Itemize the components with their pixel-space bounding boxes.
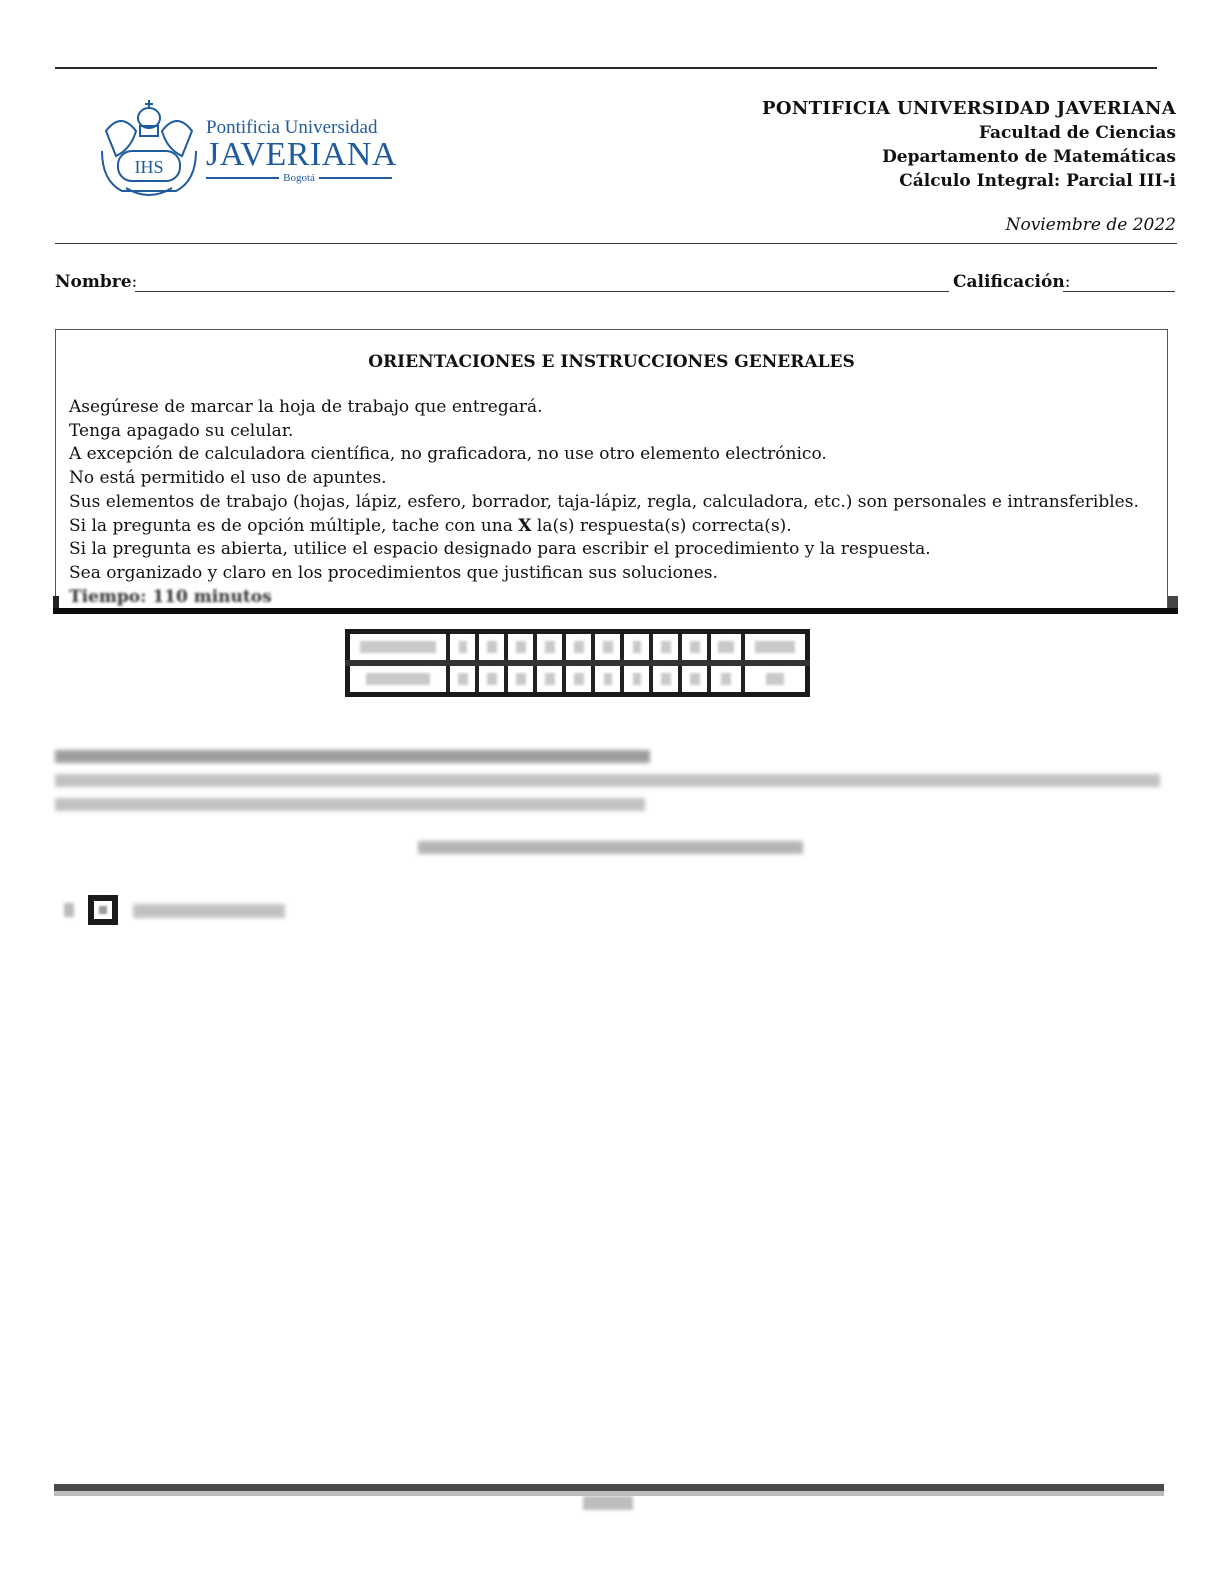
grade-field[interactable] — [1063, 291, 1175, 292]
instruction-item: Sus elementos de trabajo (hojas, lápiz, … — [69, 491, 1139, 515]
table-row — [348, 632, 808, 664]
name-field[interactable] — [135, 291, 949, 292]
instruction-item: Asegúrese de marcar la hoja de trabajo q… — [69, 396, 1139, 420]
table-cell — [564, 663, 593, 695]
table-cell — [448, 663, 477, 695]
footer-rule — [54, 1484, 1164, 1496]
table-row — [348, 663, 808, 695]
table-cell — [593, 663, 622, 695]
logo-line-3: Bogotá — [206, 172, 392, 184]
table-cell — [622, 632, 651, 664]
course-title: Cálculo Integral: Parcial III-i — [762, 169, 1176, 193]
table-cell — [477, 632, 506, 664]
instructions-box: ORIENTACIONES E INSTRUCCIONES GENERALES … — [55, 329, 1168, 609]
table-cell — [348, 632, 449, 664]
logo-rule-left — [206, 177, 279, 179]
question-context-text — [55, 798, 645, 811]
logo-line-2: JAVERIANA — [206, 138, 397, 172]
table-cell — [506, 632, 535, 664]
logo-line-1: Pontificia Universidad — [206, 118, 397, 138]
student-fields: Nombre: Calificación: — [55, 272, 1175, 296]
question-1-text — [133, 904, 285, 918]
svg-text:IHS: IHS — [134, 157, 163, 177]
instruction-item: Tenga apagado su celular. — [69, 420, 1139, 444]
department-name: Departamento de Matemáticas — [762, 145, 1176, 169]
crest-icon: IHS — [96, 96, 202, 200]
question-context-text — [55, 774, 1160, 787]
exam-date: Noviembre de 2022 — [1006, 215, 1176, 235]
logo-wordmark: Pontificia Universidad JAVERIANA Bogotá — [206, 118, 397, 184]
instruction-item: No está permitido el uso de apuntes. — [69, 467, 1139, 491]
institution-block: PONTIFICIA UNIVERSIDAD JAVERIANA Faculta… — [762, 97, 1176, 193]
table-cell — [709, 632, 743, 664]
table-cell — [743, 632, 808, 664]
header-rule — [55, 243, 1177, 244]
logo-city: Bogotá — [283, 172, 315, 184]
table-cell — [709, 663, 743, 695]
university-name: PONTIFICIA UNIVERSIDAD JAVERIANA — [762, 97, 1176, 121]
table-cell — [651, 663, 680, 695]
table-cell — [680, 632, 709, 664]
table-cell — [448, 632, 477, 664]
equation — [418, 841, 803, 854]
table-cell — [564, 632, 593, 664]
time-limit: Tiempo: 110 minutos — [69, 586, 1139, 609]
faculty-name: Facultad de Ciencias — [762, 121, 1176, 145]
instruction-item: Sea organizado y claro en los procedimie… — [69, 562, 1139, 586]
instruction-item: A excepción de calculadora científica, n… — [69, 443, 1139, 467]
table-cell — [680, 663, 709, 695]
instruction-item: Si la pregunta es abierta, utilice el es… — [69, 538, 1139, 562]
table-cell — [743, 663, 808, 695]
logo-rule-right — [319, 177, 392, 179]
table-cell — [506, 663, 535, 695]
instructions-box-bottom — [53, 608, 1178, 614]
table-cell — [477, 663, 506, 695]
university-logo: IHS Pontificia Universidad JAVERIANA Bog… — [96, 96, 396, 200]
page-number — [583, 1496, 633, 1510]
instructions-list: Asegúrese de marcar la hoja de trabajo q… — [69, 396, 1139, 609]
instructions-title: ORIENTACIONES E INSTRUCCIONES GENERALES — [56, 352, 1167, 372]
table-cell — [622, 663, 651, 695]
question-checkbox[interactable] — [88, 895, 118, 925]
table-cell — [651, 632, 680, 664]
instruction-item: Si la pregunta es de opción múltiple, ta… — [69, 515, 1139, 539]
name-label: Nombre: — [55, 272, 137, 292]
table-cell — [593, 632, 622, 664]
top-rule — [55, 67, 1157, 69]
table-cell — [348, 663, 449, 695]
table-cell — [535, 663, 564, 695]
grade-label: Calificación: — [953, 272, 1070, 292]
checkbox-mark — [99, 906, 107, 914]
table-cell — [535, 632, 564, 664]
question-number — [64, 903, 74, 917]
score-table — [345, 629, 810, 697]
question-context-heading — [55, 750, 650, 763]
